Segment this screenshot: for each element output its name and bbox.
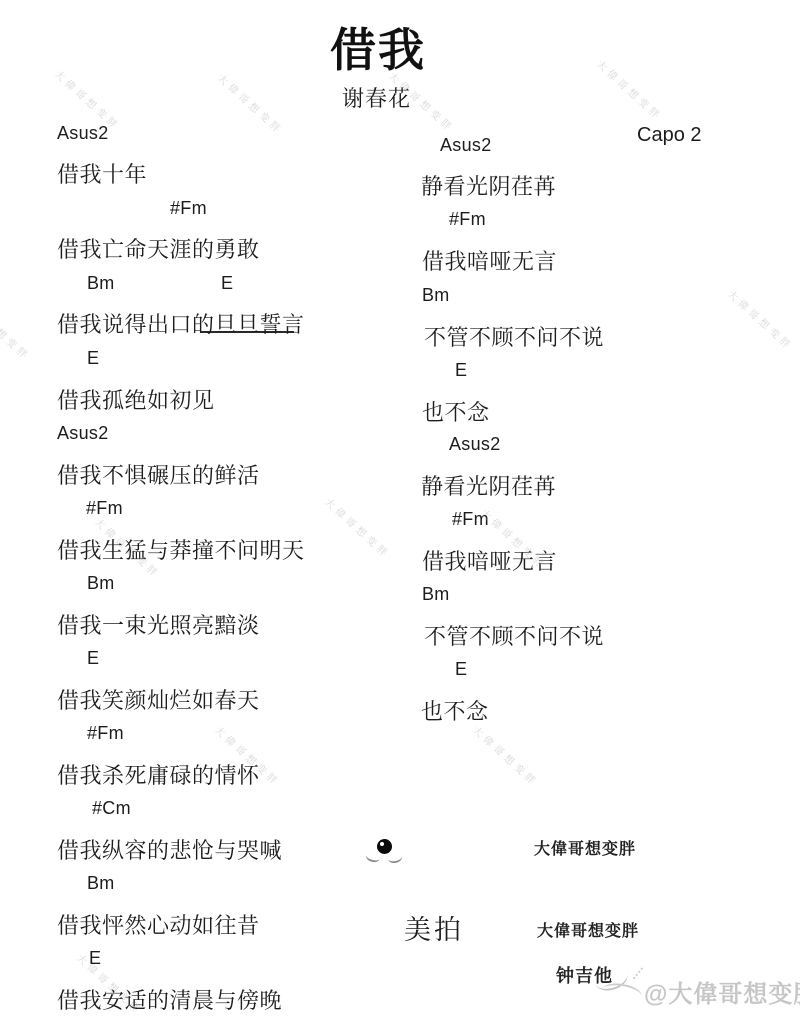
left-lyric-text: 借我说得出口的旦旦誓言 xyxy=(57,308,305,339)
right-chord-text: E xyxy=(455,659,467,680)
left-lyric-text: 借我杀死庸碌的情怀 xyxy=(57,759,260,790)
left-lyric-text: 借我安适的清晨与傍晚 xyxy=(57,984,282,1015)
left-lyric-text: 借我怦然心动如往昔 xyxy=(57,909,260,940)
left-chord-text: #Fm xyxy=(170,198,207,219)
eye-icon xyxy=(377,839,392,854)
left-chord-text: E xyxy=(221,273,233,294)
left-lyric-text: 借我一束光照亮黯淡 xyxy=(57,609,260,640)
left-chord-text: Bm xyxy=(87,573,115,594)
left-chord-text: Asus2 xyxy=(57,423,109,444)
eye-lash-left xyxy=(365,850,381,863)
left-lyric-text: 借我不惧碾压的鲜活 xyxy=(57,459,260,490)
diagonal-watermark: 大偉哥想变胖 xyxy=(0,296,34,363)
guitar-credit: 钟吉他 xyxy=(556,962,613,988)
capo-label: Capo 2 xyxy=(637,124,702,147)
diagonal-watermark: 大偉哥想变胖 xyxy=(322,494,394,561)
left-chord-text: Bm xyxy=(87,873,115,894)
left-lyric-text: 借我十年 xyxy=(57,158,147,189)
right-lyric-text: 不管不顾不问不说 xyxy=(424,321,604,352)
right-lyric-text: 静看光阴荏苒 xyxy=(421,170,556,201)
brand-watermark-top: 大偉哥想变胖 xyxy=(534,836,636,859)
right-chord-text: #Fm xyxy=(452,509,489,530)
left-chord-text: #Cm xyxy=(92,798,131,819)
diagonal-watermark: 大偉哥想变胖 xyxy=(725,286,797,353)
left-chord-text: #Fm xyxy=(87,723,124,744)
right-chord-text: Asus2 xyxy=(449,434,501,455)
left-chord-text: E xyxy=(87,348,99,369)
right-lyric-text: 借我喑哑无言 xyxy=(422,545,557,576)
corner-username-watermark: @大偉哥想变胖 xyxy=(644,974,800,1009)
right-lyric-text: 也不念 xyxy=(422,396,490,427)
corner-scribble-icon xyxy=(613,951,643,980)
left-lyric-text: 借我纵容的悲怆与哭喊 xyxy=(57,834,282,865)
artist-name: 谢春花 xyxy=(342,82,411,113)
right-lyric-text: 静看光阴荏苒 xyxy=(421,470,556,501)
eye-glint xyxy=(380,842,384,846)
left-lyric-text: 借我亡命天涯的勇敢 xyxy=(57,233,260,264)
right-chord-text: #Fm xyxy=(449,209,486,230)
diagonal-watermark: 大偉哥想变胖 xyxy=(594,56,666,123)
right-lyric-text: 也不念 xyxy=(421,695,489,726)
eye-lash-right xyxy=(387,852,403,864)
meipai-logo: 美拍 xyxy=(404,908,464,947)
right-lyric-text: 不管不顾不问不说 xyxy=(424,620,604,651)
left-chord-text: E xyxy=(87,648,99,669)
page-title: 借我 xyxy=(330,14,426,80)
right-lyric-text: 借我喑哑无言 xyxy=(422,245,557,276)
right-chord-text: Bm xyxy=(422,285,450,306)
right-chord-text: E xyxy=(455,360,467,381)
left-chord-text: #Fm xyxy=(86,498,123,519)
chord-sheet: 借我 谢春花 Capo 2 大偉哥想变胖 美拍 大偉哥想变胖 钟吉他 @大偉哥想… xyxy=(0,0,800,1031)
brand-watermark-mid: 大偉哥想变胖 xyxy=(537,918,639,941)
left-chord-text: E xyxy=(89,948,101,969)
right-chord-text: Asus2 xyxy=(440,135,492,156)
left-lyric-text: 借我生猛与莽撞不问明天 xyxy=(57,534,305,565)
left-chord-text: Asus2 xyxy=(57,123,109,144)
right-chord-text: Bm xyxy=(422,584,450,605)
left-lyric-text: 借我笑颜灿烂如春天 xyxy=(57,684,260,715)
diagonal-watermark: 大偉哥想变胖 xyxy=(470,722,542,789)
left-lyric-text: 借我孤绝如初见 xyxy=(57,384,215,415)
diagonal-watermark: 大偉哥想变胖 xyxy=(215,70,287,137)
left-chord-text: Bm xyxy=(87,273,115,294)
